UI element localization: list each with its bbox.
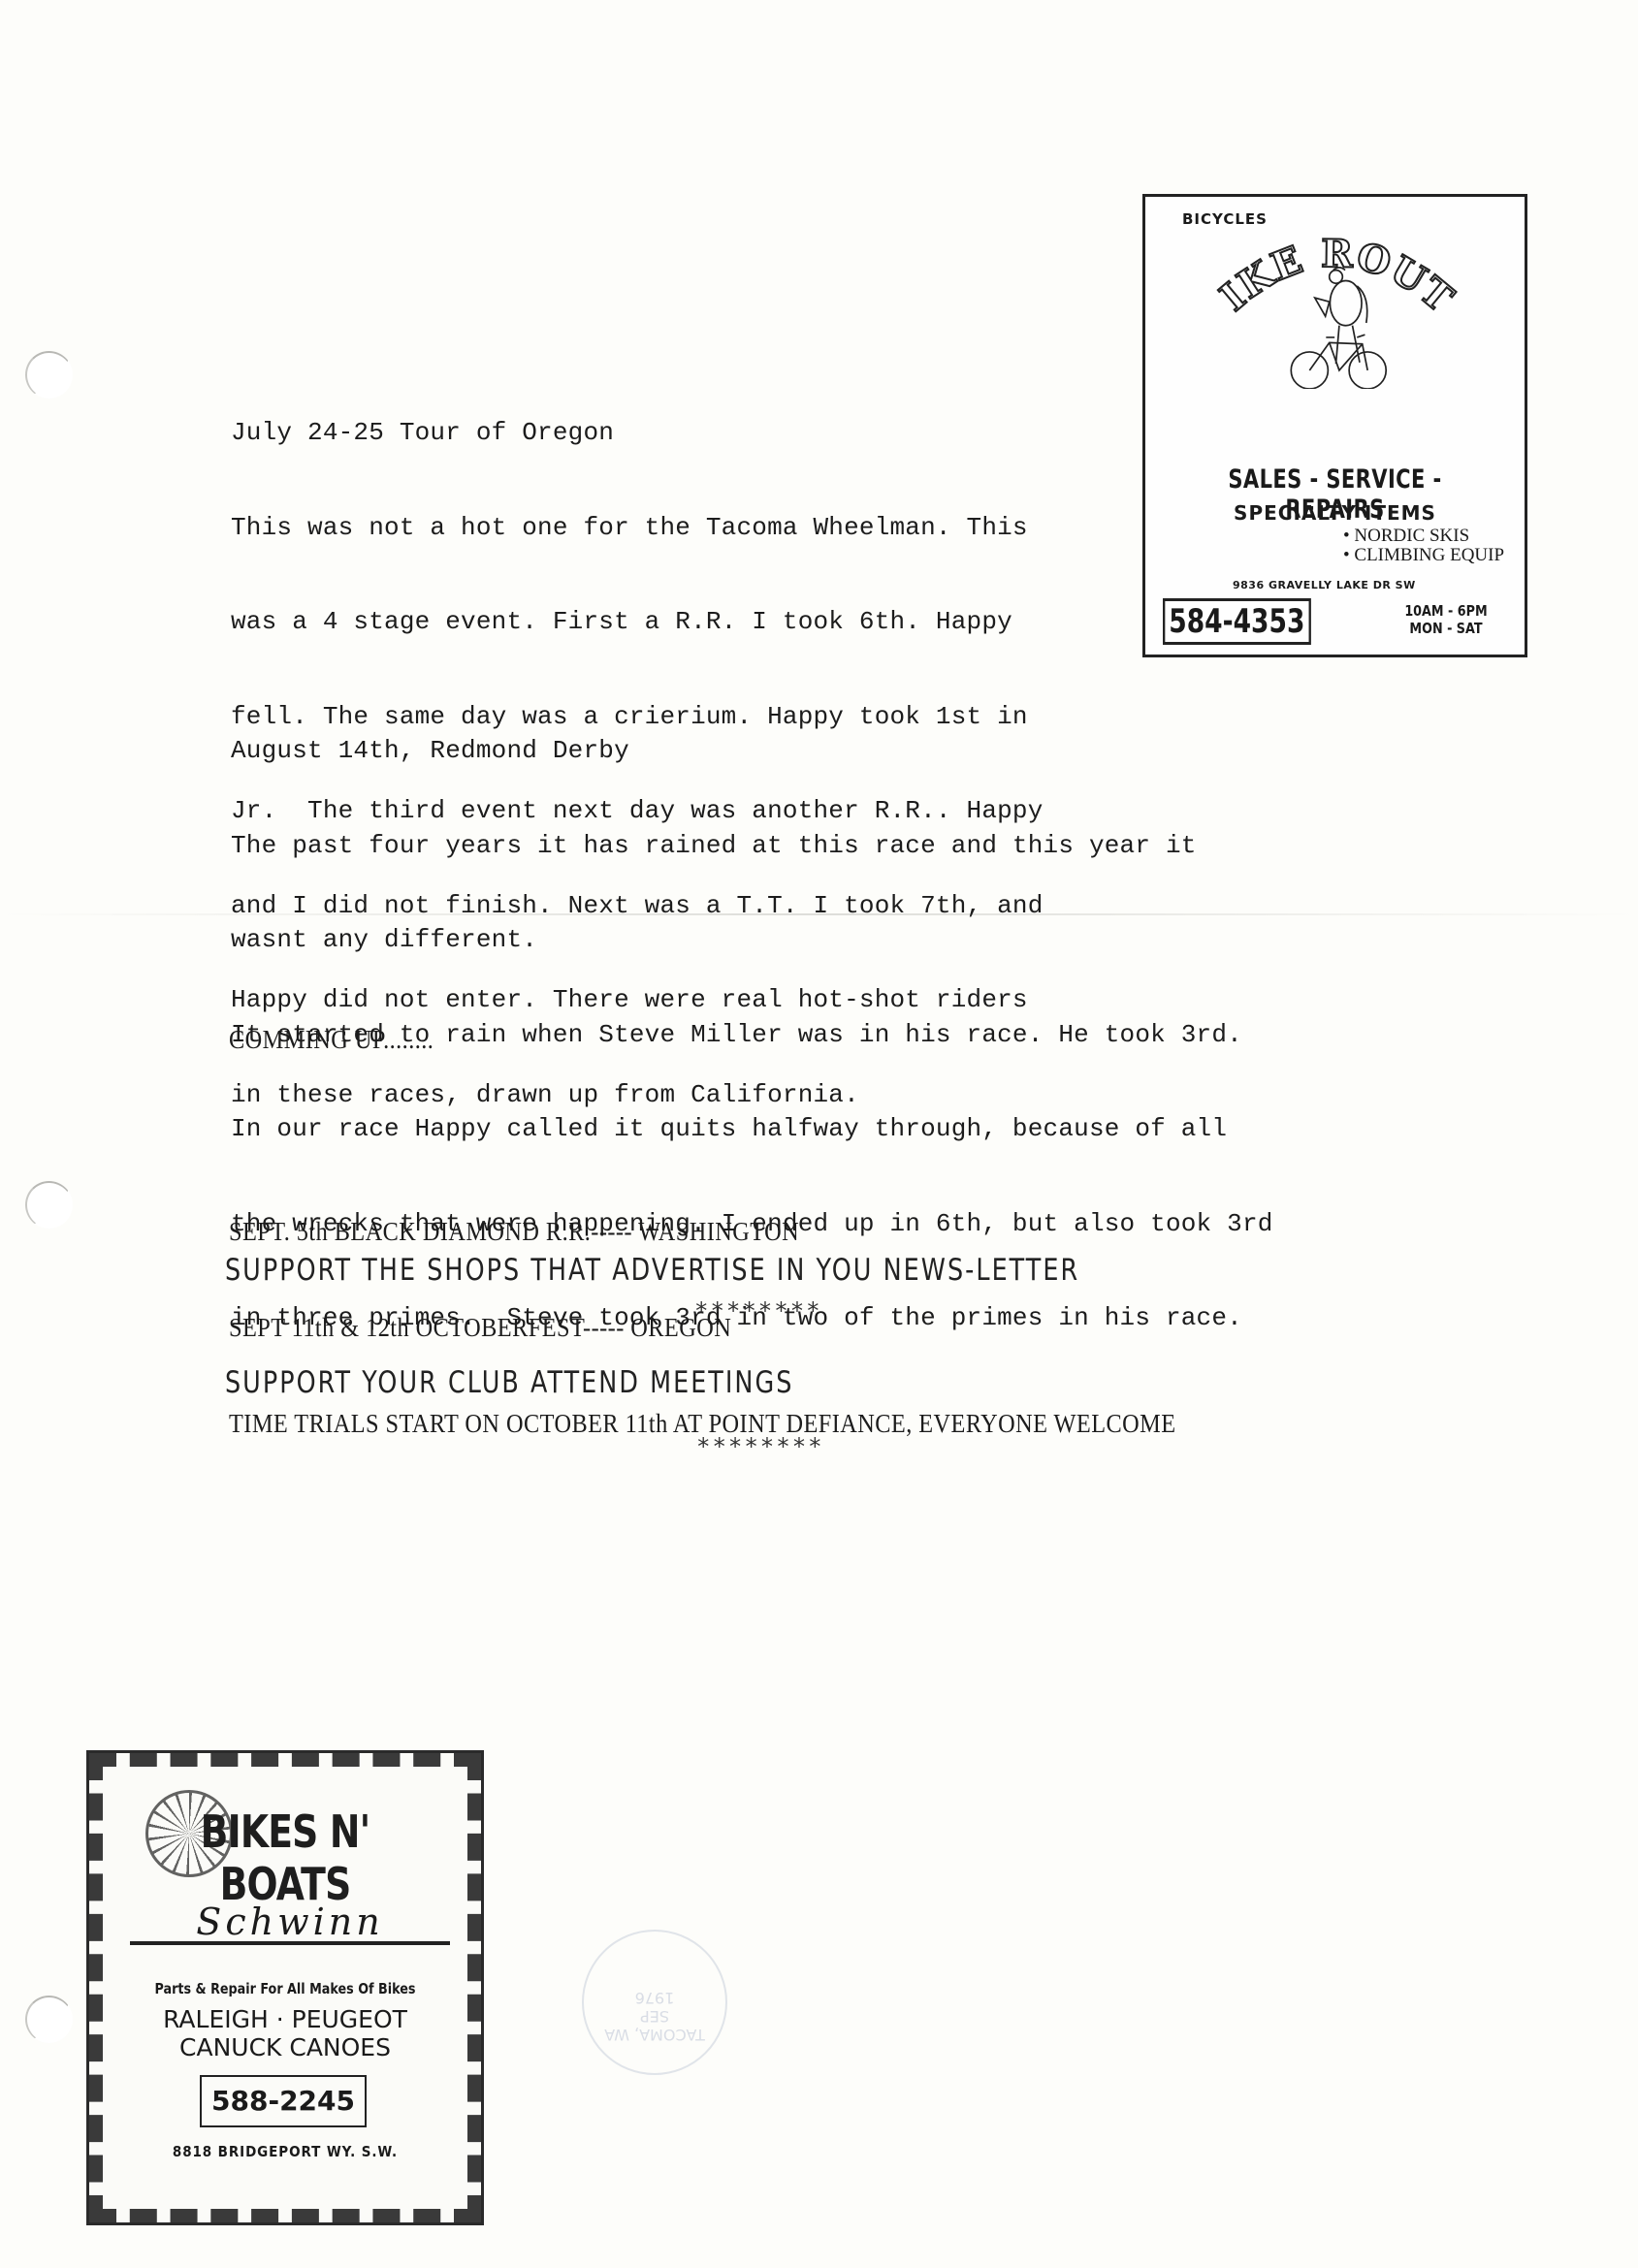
ad-brands: RALEIGH · PEUGEOT CANUCK CANOES [103, 2005, 467, 2061]
ad-address: 8818 BRIDGEPORT WY. S.W. [121, 2143, 449, 2160]
article-heading: August 14th, Redmond Derby [231, 735, 1273, 767]
cyclist-illustration-icon [1291, 268, 1386, 389]
ad-phone: 588-2245 [200, 2075, 367, 2127]
svg-text:BIKE ROUTE: BIKE ROUTE [1187, 224, 1461, 322]
ad-item: • CLIMBING EQUIP [1343, 546, 1504, 565]
article-line: This was not a hot one for the Tacoma Wh… [231, 512, 1044, 544]
ad-parts-line: Parts & Repair For All Makes Of Bikes [130, 1980, 440, 1997]
ad-brands-line: RALEIGH · PEUGEOT [103, 2005, 467, 2033]
ad-bike-route: BICYCLES BIKE ROUTE SALES - SERVICE - RE… [1142, 194, 1527, 657]
ad-brand: BIKES N' BOATS [136, 1805, 434, 1910]
slogan-support-club: SUPPORT YOUR CLUB ATTEND MEETINGS [225, 1365, 793, 1400]
bike-route-logo: BIKE ROUTE [1145, 224, 1525, 389]
postmark-stamp: TACOMA, WA SEP 1976 [582, 1930, 727, 2075]
article-line: was a 4 stage event. First a R.R. I took… [231, 606, 1044, 638]
article-line: wasnt any different. [231, 924, 1273, 956]
ad-phone: 584-4353 [1163, 598, 1311, 645]
ad-specialty-items: • NORDIC SKIS • CLIMBING EQUIP [1343, 527, 1504, 565]
punch-hole [25, 1996, 73, 2043]
ad-schwinn-logo: Schwinn [130, 1902, 450, 1945]
event-line: SEPT. 5th BLACK DIAMOND R.R.----- WASHIN… [229, 1216, 1176, 1248]
ad-address: 9836 GRAVELLY LAKE DR SW [1233, 579, 1416, 591]
ad-hours: 10AM - 6PM MON - SAT [1397, 602, 1495, 637]
punch-hole [25, 1181, 73, 1229]
separator-stars: ******** [696, 1433, 824, 1460]
separator-stars: ******** [694, 1297, 822, 1325]
ad-item: • NORDIC SKIS [1343, 527, 1504, 546]
article-heading: July 24-25 Tour of Oregon [231, 417, 1044, 449]
slogan-support-shops: SUPPORT THE SHOPS THAT ADVERTISE IN YOU … [225, 1253, 1079, 1288]
ad-brands-line: CANUCK CANOES [103, 2033, 467, 2061]
article-line: The past four years it has rained at thi… [231, 830, 1273, 862]
ad-hours-days: MON - SAT [1397, 620, 1495, 637]
ad-hours-time: 10AM - 6PM [1397, 602, 1495, 620]
punch-hole [25, 351, 73, 399]
coming-up-heading: COMMING UP........ [229, 1024, 1176, 1056]
ad-specialty-heading: SPECIALTY ITEMS [1145, 501, 1525, 525]
ad-bikes-n-boats: BIKES N' BOATS Schwinn Parts & Repair Fo… [89, 1753, 481, 2222]
